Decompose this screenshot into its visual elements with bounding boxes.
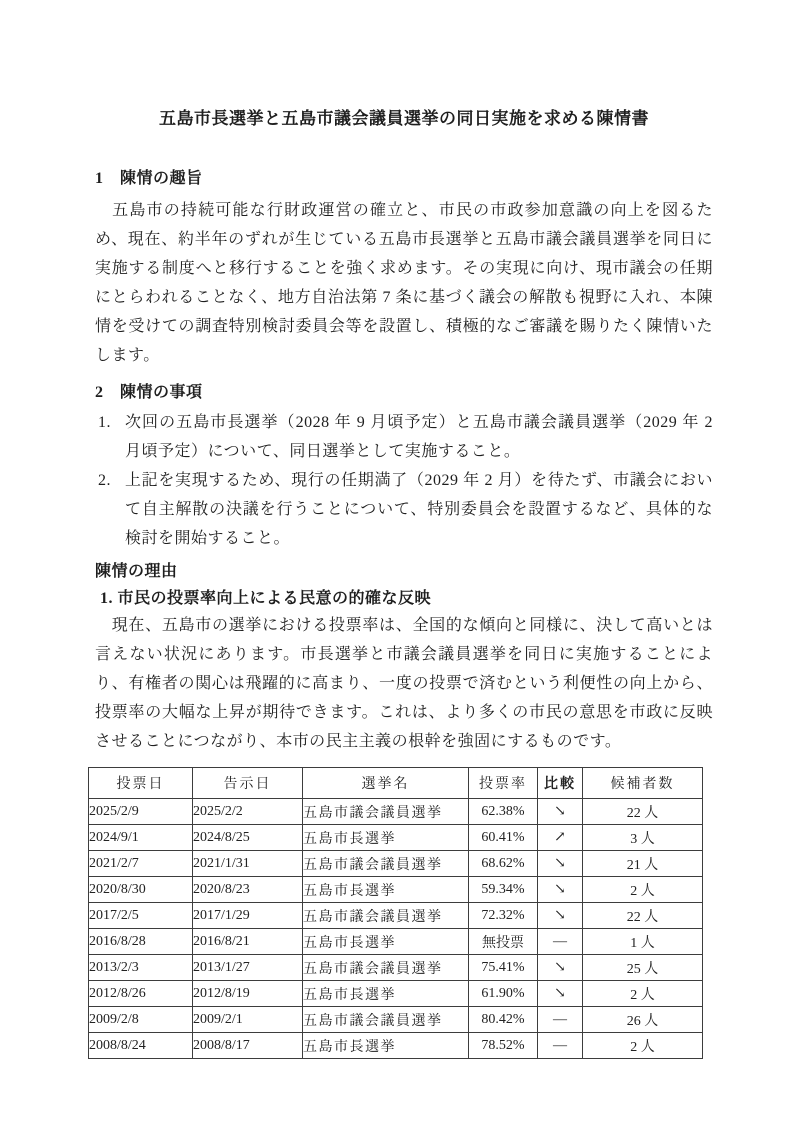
election-name-cell: 五島市議会議員選挙 [303, 903, 469, 929]
table-row: 2009/2/82009/2/1五島市議会議員選挙80.42%—26 人 [89, 1007, 703, 1033]
turnout-cell: 62.38% [469, 799, 538, 825]
notice-date-cell: 2020/8/23 [193, 877, 303, 903]
turnout-cell: 80.42% [469, 1007, 538, 1033]
notice-date-cell: 2024/8/25 [193, 825, 303, 851]
election-name-cell: 五島市議会議員選挙 [303, 955, 469, 981]
item-number: 1. [95, 408, 125, 466]
item-number: 2. [95, 466, 125, 553]
table-row: 2016/8/282016/8/21五島市長選挙無投票—1 人 [89, 929, 703, 955]
decrease-arrow-icon: ↘ [538, 903, 583, 929]
candidates-cell: 22 人 [583, 799, 703, 825]
election-table-body: 2025/2/92025/2/2五島市議会議員選挙62.38%↘22 人2024… [89, 799, 703, 1059]
header-compare: 比較 [538, 768, 583, 799]
table-header-row: 投票日 告示日 選挙名 投票率 比較 候補者数 [89, 768, 703, 799]
election-history-table: 投票日 告示日 選挙名 投票率 比較 候補者数 2025/2/92025/2/2… [88, 767, 703, 1059]
election-name-cell: 五島市長選挙 [303, 929, 469, 955]
vote-date-cell: 2012/8/26 [89, 981, 193, 1007]
section1-heading: 1 陳情の趣旨 [95, 168, 713, 190]
petition-document: 五島市長選挙と五島市議会議員選挙の同日実施を求める陳情書 1 陳情の趣旨 五島市… [0, 0, 800, 1059]
decrease-arrow-icon: ↘ [538, 955, 583, 981]
notice-date-cell: 2021/1/31 [193, 851, 303, 877]
vote-date-cell: 2021/2/7 [89, 851, 193, 877]
election-name-cell: 五島市長選挙 [303, 981, 469, 1007]
election-name-cell: 五島市長選挙 [303, 877, 469, 903]
candidates-cell: 2 人 [583, 981, 703, 1007]
notice-date-cell: 2016/8/21 [193, 929, 303, 955]
vote-date-cell: 2017/2/5 [89, 903, 193, 929]
election-name-cell: 五島市議会議員選挙 [303, 799, 469, 825]
table-row: 2025/2/92025/2/2五島市議会議員選挙62.38%↘22 人 [89, 799, 703, 825]
notice-date-cell: 2012/8/19 [193, 981, 303, 1007]
reason1-body: 現在、五島市の選挙における投票率は、全国的な傾向と同様に、決して高いとは言えない… [95, 611, 713, 756]
vote-date-cell: 2024/9/1 [89, 825, 193, 851]
header-turnout: 投票率 [469, 768, 538, 799]
vote-date-cell: 2020/8/30 [89, 877, 193, 903]
notice-date-cell: 2008/8/17 [193, 1033, 303, 1059]
candidates-cell: 22 人 [583, 903, 703, 929]
header-vote-date: 投票日 [89, 768, 193, 799]
vote-date-cell: 2009/2/8 [89, 1007, 193, 1033]
election-name-cell: 五島市長選挙 [303, 825, 469, 851]
candidates-cell: 21 人 [583, 851, 703, 877]
item-text: 上記を実現するため、現行の任期満了（2029 年 2 月）を待たず、市議会におい… [125, 466, 713, 553]
decrease-arrow-icon: ↘ [538, 851, 583, 877]
item-text: 次回の五島市長選挙（2028 年 9 月頃予定）と五島市議会議員選挙（2029 … [125, 408, 713, 466]
decrease-arrow-icon: ↘ [538, 981, 583, 1007]
section2-heading: 2 陳情の事項 [95, 382, 713, 404]
turnout-cell: 68.62% [469, 851, 538, 877]
no-change-dash-icon: — [538, 1033, 583, 1059]
turnout-cell: 72.32% [469, 903, 538, 929]
notice-date-cell: 2025/2/2 [193, 799, 303, 825]
petition-item-1: 1. 次回の五島市長選挙（2028 年 9 月頃予定）と五島市議会議員選挙（20… [95, 408, 713, 466]
table-row: 2020/8/302020/8/23五島市長選挙59.34%↘2 人 [89, 877, 703, 903]
election-name-cell: 五島市議会議員選挙 [303, 1007, 469, 1033]
turnout-cell: 無投票 [469, 929, 538, 955]
turnout-cell: 60.41% [469, 825, 538, 851]
candidates-cell: 2 人 [583, 1033, 703, 1059]
document-title: 五島市長選挙と五島市議会議員選挙の同日実施を求める陳情書 [95, 0, 713, 131]
vote-date-cell: 2016/8/28 [89, 929, 193, 955]
decrease-arrow-icon: ↘ [538, 799, 583, 825]
reason1-heading: 1. 市民の投票率向上による民意の的確な反映 [95, 588, 713, 610]
notice-date-cell: 2017/1/29 [193, 903, 303, 929]
candidates-cell: 26 人 [583, 1007, 703, 1033]
increase-arrow-icon: ↗ [538, 825, 583, 851]
turnout-cell: 75.41% [469, 955, 538, 981]
candidates-cell: 3 人 [583, 825, 703, 851]
candidates-cell: 2 人 [583, 877, 703, 903]
petition-items-list: 1. 次回の五島市長選挙（2028 年 9 月頃予定）と五島市議会議員選挙（20… [95, 408, 713, 553]
turnout-cell: 61.90% [469, 981, 538, 1007]
notice-date-cell: 2013/1/27 [193, 955, 303, 981]
election-name-cell: 五島市長選挙 [303, 1033, 469, 1059]
petition-item-2: 2. 上記を実現するため、現行の任期満了（2029 年 2 月）を待たず、市議会… [95, 466, 713, 553]
header-candidates: 候補者数 [583, 768, 703, 799]
notice-date-cell: 2009/2/1 [193, 1007, 303, 1033]
turnout-cell: 59.34% [469, 877, 538, 903]
vote-date-cell: 2013/2/3 [89, 955, 193, 981]
table-row: 2013/2/32013/1/27五島市議会議員選挙75.41%↘25 人 [89, 955, 703, 981]
candidates-cell: 1 人 [583, 929, 703, 955]
table-row: 2008/8/242008/8/17五島市長選挙78.52%—2 人 [89, 1033, 703, 1059]
turnout-cell: 78.52% [469, 1033, 538, 1059]
table-row: 2021/2/72021/1/31五島市議会議員選挙68.62%↘21 人 [89, 851, 703, 877]
table-row: 2017/2/52017/1/29五島市議会議員選挙72.32%↘22 人 [89, 903, 703, 929]
no-change-dash-icon: — [538, 1007, 583, 1033]
reasons-heading: 陳情の理由 [95, 561, 713, 583]
header-election-name: 選挙名 [303, 768, 469, 799]
vote-date-cell: 2008/8/24 [89, 1033, 193, 1059]
candidates-cell: 25 人 [583, 955, 703, 981]
table-row: 2012/8/262012/8/19五島市長選挙61.90%↘2 人 [89, 981, 703, 1007]
election-name-cell: 五島市議会議員選挙 [303, 851, 469, 877]
vote-date-cell: 2025/2/9 [89, 799, 193, 825]
section1-body: 五島市の持続可能な行財政運営の確立と、市民の市政参加意識の向上を図るため、現在、… [95, 196, 713, 370]
no-change-dash-icon: — [538, 929, 583, 955]
decrease-arrow-icon: ↘ [538, 877, 583, 903]
header-notice-date: 告示日 [193, 768, 303, 799]
table-row: 2024/9/12024/8/25五島市長選挙60.41%↗3 人 [89, 825, 703, 851]
